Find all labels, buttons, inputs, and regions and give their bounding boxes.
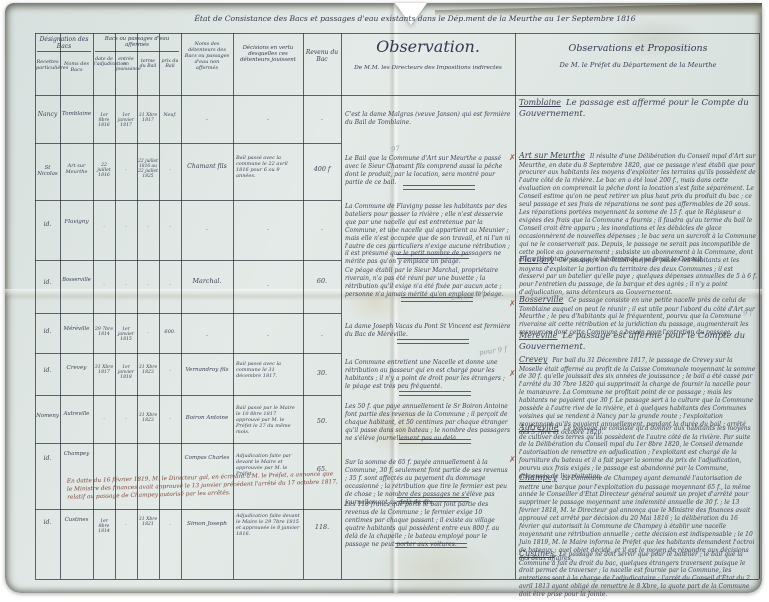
cell-date-adjudication: . [94, 281, 114, 287]
cell-decision: . [236, 225, 300, 232]
cell-entree: . [116, 521, 136, 527]
cell-date-adjudication: 31 Xbre 1817 [94, 365, 114, 375]
header-decisions: Décisions en vertu desquelles ces détent… [236, 45, 300, 63]
grid-line [37, 51, 91, 52]
cell-bac: Champey [61, 451, 92, 457]
cell-recette: id. [36, 519, 59, 526]
prefet-block: Flavigny Ce passage n'est établi que pou… [519, 255, 757, 297]
cell-terme: 22 juillet 1816 au 22 juillet 1825 [138, 159, 158, 179]
header-designation: Désignation des Bacs [36, 36, 92, 50]
cell-prix: . [160, 223, 180, 229]
cell-detenteur: . [183, 225, 231, 232]
prefet-block: Tomblaine Le passage est affermé pour le… [519, 98, 757, 120]
red-cross-mark: ✗ [509, 369, 516, 378]
prefet-heading: Champey [519, 473, 557, 482]
prefet-block: Art sur Meurthe Il résulte d'une Délibér… [519, 151, 757, 264]
grid-line [95, 51, 179, 52]
cell-terme: 31 Xbre 1823 [138, 365, 158, 375]
underline-rule [397, 254, 469, 259]
header-prefet-sub: De M. le Préfet du Département de la Meu… [519, 61, 757, 69]
cell-bac: Méréville [61, 326, 92, 332]
prefet-text: Ce passage n'est établi que pour passer … [519, 257, 757, 296]
cell-date-adjudication: 29 7bre 1814 [94, 327, 114, 337]
cell-revenu: 30. [304, 369, 340, 377]
pencil-note: 97 [391, 145, 401, 154]
cell-revenu: 400 f [304, 165, 340, 173]
underline-rule [399, 391, 471, 396]
prefet-heading: Méréville [519, 331, 557, 340]
cell-terme: . [138, 223, 158, 229]
cell-decision: . [236, 115, 300, 122]
observation-text: Le Bail que la Commune d'Art sur Meurthe… [345, 155, 511, 187]
header-recette: Recettes particulières [36, 59, 59, 71]
red-cross-mark: ✗ [509, 153, 516, 162]
cell-prix: . [160, 281, 180, 287]
cell-prix: . [160, 167, 180, 172]
cell-entree: . [116, 167, 136, 172]
cell-revenu: 118. [304, 523, 340, 531]
cell-recette: id. [36, 367, 59, 374]
cell-terme: . [138, 281, 158, 287]
cell-prix: . [160, 367, 180, 373]
cell-bac: Bosserville [61, 277, 92, 283]
document-title: État de Consistance des Bacs et passages… [115, 14, 715, 23]
observation-text: La dame Joseph Vacas du Pont St Vincent … [345, 323, 511, 339]
prefet-block: Custines Le passage ne doit servir que p… [519, 549, 757, 599]
observation-text: C'est la dame Malgras (veuve Janson) qui… [345, 111, 511, 127]
cell-bac: Custines [61, 517, 92, 523]
cell-decision: Bail passé par le Maire le 10 8bre 1817 … [236, 405, 300, 435]
observation-text: Les 50 f. que paye annuellement le Sr Bo… [345, 403, 511, 443]
cell-revenu: . [304, 225, 340, 232]
cell-decision: Adjudication faite devant le Maire le 29… [236, 513, 300, 537]
cell-prix: . [160, 415, 180, 421]
grid-line [35, 395, 341, 396]
underline-rule [399, 439, 471, 444]
grid-line [35, 95, 759, 96]
header-entree-jouissance: entrée en jouissance [116, 57, 136, 72]
red-cross-mark: ✗ [509, 299, 516, 308]
observation-text: Les 118 francs que porte le bail font pa… [345, 501, 511, 548]
header-prefet-title: Observations et Propositions [519, 43, 757, 54]
header-revenu: Revenu du Bac [304, 49, 340, 63]
cell-date-adjudication: 1er 8bre 1814 [94, 519, 114, 534]
observation-text: Ce péage établi par le Sieur Marchal, pr… [345, 267, 511, 299]
red-cross-mark: ✗ [509, 455, 516, 464]
cell-detenteur: . [183, 331, 231, 338]
prefet-heading: Tomblaine [519, 98, 561, 107]
grid-line [35, 33, 759, 34]
header-affermes: Bacs ou passages d'eau affermés [94, 36, 180, 48]
cell-entree: . [116, 223, 136, 229]
cell-revenu: 60. [304, 277, 340, 285]
red-ink-marginal-note: En datte du 16 février 1819, M. le Direc… [67, 471, 340, 502]
paper-sheet: État de Consistance des Bacs et passages… [5, 3, 762, 593]
prefet-heading: Art sur Meurthe [519, 151, 585, 160]
cell-revenu: . [304, 331, 340, 338]
prefet-text: Il résulte d'une Délibération du Conseil… [519, 153, 756, 263]
underline-rule [395, 543, 467, 548]
cell-revenu: 50. [304, 417, 340, 425]
grid-line [35, 143, 341, 144]
cell-prix: Neuf. [160, 113, 180, 118]
cell-terme: . [138, 329, 158, 335]
pencil-note: 9 f [743, 309, 753, 318]
cell-detenteur: Marchal. [183, 277, 231, 285]
cell-prix: 600. [160, 329, 180, 335]
cell-recette: id. [36, 279, 59, 286]
cell-recette: id. [36, 328, 59, 335]
cell-terme: 31 Xbre 1817 [138, 113, 158, 123]
prefet-heading: Flavigny [519, 255, 554, 264]
cell-bac: Tomblaine [61, 111, 92, 117]
pencil-note: pour 9 f [479, 345, 508, 357]
header-detenteurs: Noms des détenteurs des Bacs ou passages… [183, 41, 231, 71]
cell-date-adjudication: . [94, 223, 114, 229]
prefet-text: Le passage ne consiste qu'à donner aux h… [519, 425, 751, 480]
grid-line [341, 33, 342, 579]
grid-line [35, 200, 341, 201]
cell-decision: Bail passé avec la commune le 22 avril 1… [236, 155, 300, 179]
grid-line [35, 509, 341, 510]
cell-detenteur: . [183, 115, 231, 122]
cell-detenteur: Vernandroy fils [183, 367, 231, 373]
grid-line [35, 353, 341, 354]
header-prix-bail: prix du Bail [160, 59, 180, 69]
cell-detenteur: Simon Joseph [183, 521, 231, 527]
cell-detenteur: Boiron Antoine [183, 415, 231, 421]
cell-recette: id. [36, 221, 59, 228]
cell-recette: Nancy [36, 111, 59, 118]
underline-rule [403, 185, 475, 190]
cell-bac: Crevey [61, 365, 92, 371]
header-date-adjudication: date de l'adjudication [94, 57, 114, 67]
grid-line [35, 260, 341, 261]
grid-line [759, 33, 760, 579]
cell-terme: 31 Xbre 1821 [138, 517, 158, 527]
cell-revenu: . [304, 115, 340, 122]
header-observation-title: Observation. [345, 37, 511, 56]
cell-date-adjudication: 1er 8bre 1816 [94, 113, 114, 128]
prefet-heading: Autreville [519, 423, 559, 432]
cell-recette: St Nicolas [36, 165, 59, 177]
grid-line [35, 313, 341, 314]
cell-terme: 31 Xbre 1823 [138, 413, 158, 423]
cell-bac: Flavigny [61, 219, 92, 225]
scanned-document: État de Consistance des Bacs et passages… [0, 0, 769, 602]
cell-bac: Art sur Meurthe [61, 163, 92, 175]
cell-prix: . [160, 521, 180, 527]
grid-line [35, 443, 341, 444]
cell-bac: Autreville [61, 411, 92, 417]
cell-entree: 1er janvier 1815 [116, 327, 136, 342]
cell-decision: . [236, 331, 300, 338]
prefet-text: Le passage ne doit servir que pour le ba… [519, 551, 750, 598]
cell-entree: . [116, 415, 136, 421]
prefet-block: Méréville Le passage est affermé pour le… [519, 331, 757, 353]
observation-text: La Commune entretient une Nacelle et don… [345, 359, 511, 391]
cell-recette: id. [36, 455, 59, 462]
header-observation-sub: De M.M. les Directeurs des Impositions i… [345, 65, 511, 71]
cell-entree: 1er janvier 1817 [116, 113, 136, 128]
cell-decision: Bail passé avec la commune le 31 décembr… [236, 361, 300, 379]
cell-date-adjudication: 22 juillet 1816 [94, 163, 114, 178]
prefet-heading: Custines [519, 549, 554, 558]
cell-detenteur: Chamant fils [183, 163, 231, 170]
cell-entree: 1er janvier 1818 [116, 365, 136, 380]
cell-detenteur: Compas Charles [183, 455, 231, 461]
cell-date-adjudication: . [94, 415, 114, 421]
prefet-heading: Crevey [519, 355, 547, 364]
header-terme-bail: terme du Bail [138, 59, 158, 69]
header-noms-bacs: Noms des Bacs [61, 61, 92, 73]
underline-rule [397, 339, 469, 344]
cell-decision: . [236, 281, 300, 288]
cell-recette: Nomeny [36, 413, 59, 419]
cell-entree: . [116, 281, 136, 287]
prefet-heading: Bosserville [519, 295, 563, 304]
